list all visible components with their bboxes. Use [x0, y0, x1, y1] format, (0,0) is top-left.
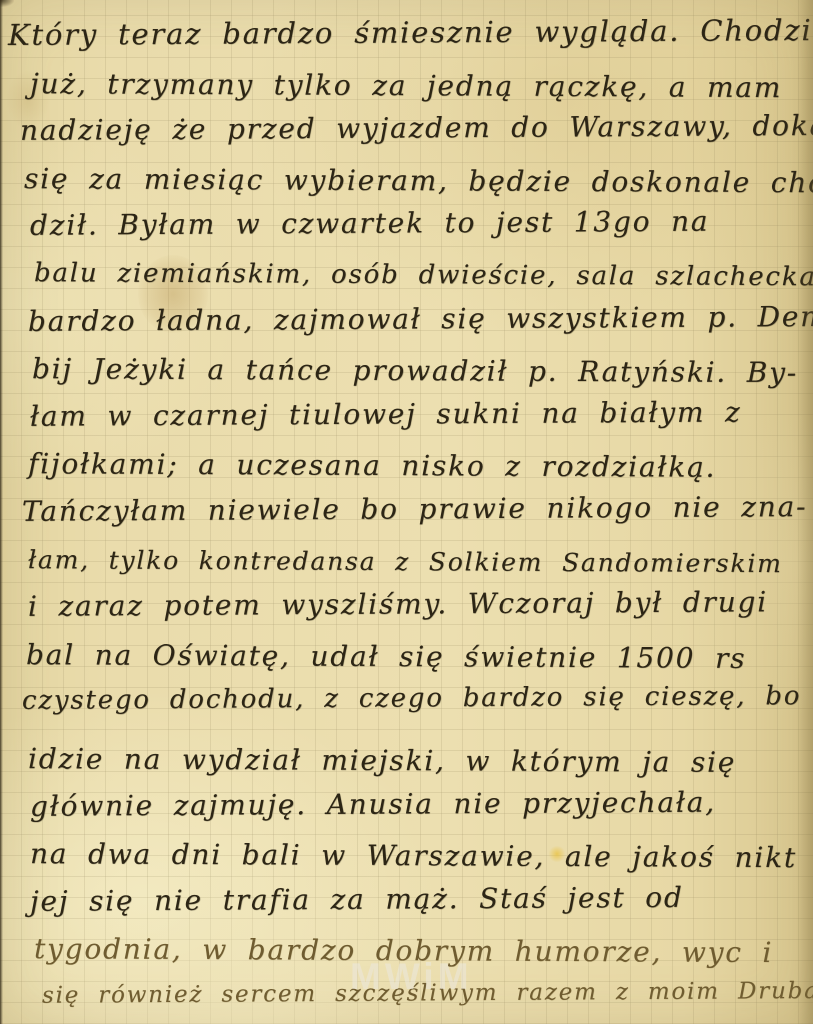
handwritten-line: nadzieję że przed wyjazdem do Warszawy, …	[0, 102, 813, 155]
handwritten-line: jej się nie trafia za mąż. Staś jest od	[0, 873, 813, 926]
right-edge-shadow	[797, 0, 813, 1024]
handwritten-line: Który teraz bardzo śmiesznie wygląda. Ch…	[0, 7, 813, 60]
letter-page: Który teraz bardzo śmiesznie wygląda. Ch…	[0, 0, 813, 1024]
handwritten-line: Tańczyłam niewiele bo prawie nikogo nie …	[0, 483, 813, 536]
handwritten-line: i zaraz potem wyszliśmy. Wczoraj był dru…	[0, 578, 813, 631]
handwritten-line: czystego dochodu, z czego bardzo się cie…	[0, 673, 813, 726]
handwritten-line: łam w czarnej tiulowej sukni na białym z	[0, 388, 813, 441]
handwritten-line: bardzo ładna, zajmował się wszystkiem p.…	[0, 293, 813, 346]
left-edge-shadow	[0, 0, 3, 1024]
top-left-corner-mark	[0, 0, 14, 7]
handwritten-line: głównie zajmuję. Anusia nie przyjechała,	[0, 778, 813, 831]
handwritten-line: dził. Byłam w czwartek to jest 13go na	[0, 197, 813, 250]
handwritten-line: się również sercem szczęśliwym razem z m…	[0, 968, 813, 1021]
letter-body: Który teraz bardzo śmiesznie wygląda. Ch…	[0, 12, 813, 1020]
